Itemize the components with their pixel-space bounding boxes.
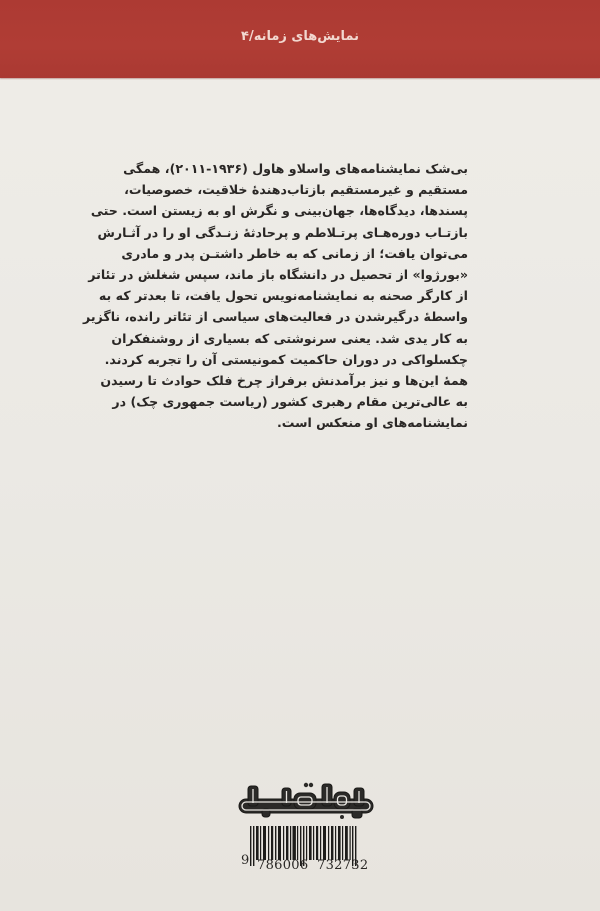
book-back-cover: نمایش‌های زمانه/۴ بی‌شک نمایشنامه‌های وا… <box>0 0 600 911</box>
blurb-line: چکسلواکی در دوران حاکمیت کمونیستی آن را … <box>135 349 468 370</box>
blurb-line: همهٔ این‌ها و نیز برآمدنش برفراز چرخ فلک… <box>135 370 468 391</box>
blurb-line: به عالی‌ترین مقام رهبری کشور (ریاست جمهو… <box>135 391 468 412</box>
series-title: نمایش‌های زمانه/۴ <box>0 29 600 44</box>
blurb-line: بازتـاب دوره‌هـای پرتـلاطم و پرحادثهٔ زن… <box>135 222 468 243</box>
blurb-line: می‌توان یافت؛ از زمانی که به خاطر داشتـن… <box>135 243 468 264</box>
publisher-logo-icon <box>236 779 376 821</box>
back-cover-blurb: بی‌شک نمایشنامه‌های واسلاو هاول (۱۹۳۶-۲۰… <box>135 158 468 433</box>
blurb-line: به کار یدی شد. یعنی سرنوشتی که بسیاری از… <box>135 328 468 349</box>
blurb-line: واسطهٔ درگیرشدن در فعالیت‌های سیاسی از ت… <box>135 306 468 327</box>
isbn-digits-left: 786006 <box>257 859 308 872</box>
blurb-line: از کارگر صحنه به نمایشنامه‌نویس تحول یاف… <box>135 285 468 306</box>
blurb-line: «بورژوا» از تحصیل در دانشگاه باز ماند، س… <box>135 264 468 285</box>
blurb-line: نمایشنامه‌های او منعکس است. <box>135 412 468 433</box>
isbn-digit-first: 9 <box>241 854 249 867</box>
blurb-line: بی‌شک نمایشنامه‌های واسلاو هاول (۱۹۳۶-۲۰… <box>135 158 468 179</box>
series-header-band: نمایش‌های زمانه/۴ <box>0 0 600 78</box>
blurb-line: مستقیم و غیرمستقیم بازتاب‌دهندهٔ خلاقیت،… <box>135 179 468 200</box>
isbn-digits-right: 732732 <box>317 859 368 872</box>
blurb-line: پسندها، دیدگاه‌ها، جهان‌بینی و نگرش او ب… <box>135 200 468 221</box>
